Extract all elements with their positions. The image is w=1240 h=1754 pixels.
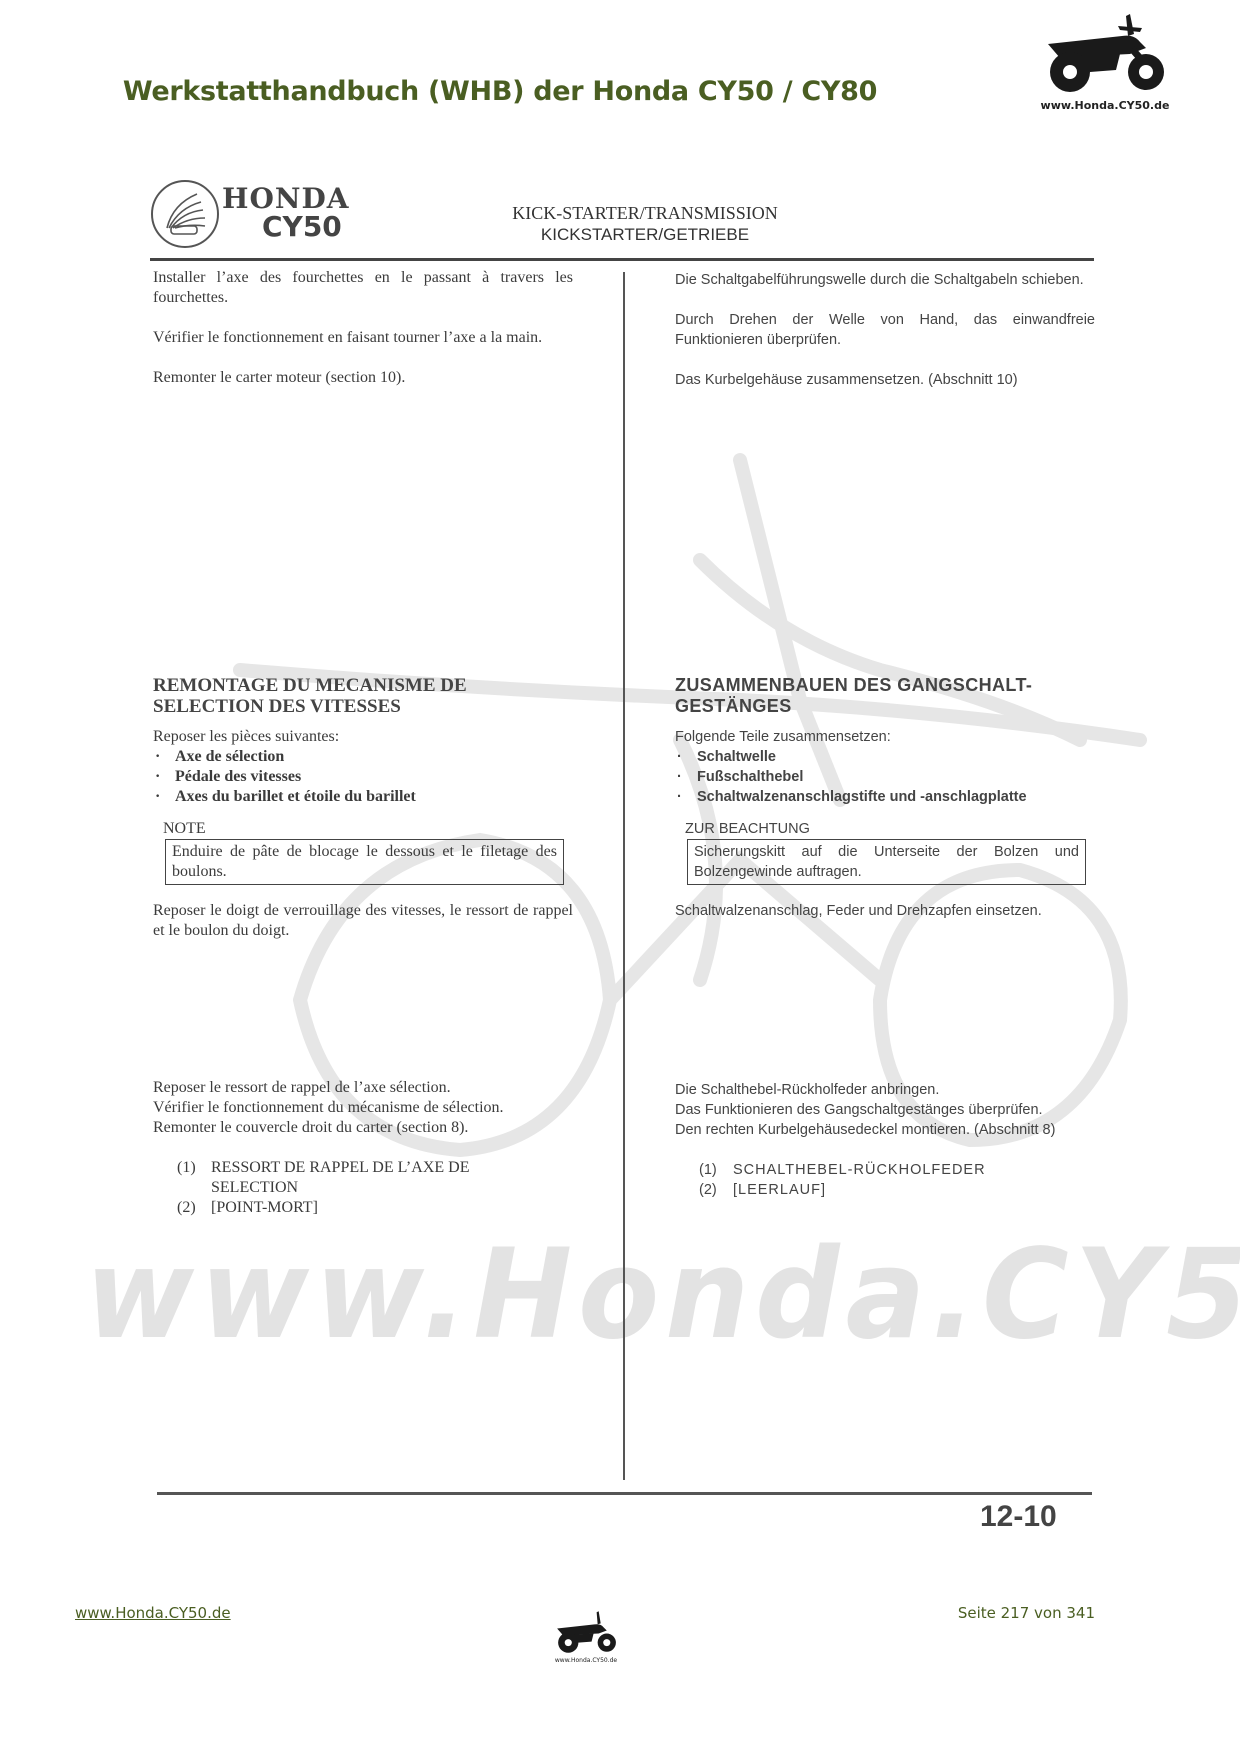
footer-website-link[interactable]: www.Honda.CY50.de [75, 1604, 231, 1622]
list-item: Axes du barillet et étoile du barillet [153, 787, 573, 807]
french-section: REMONTAGE DU MECANISME DE SELECTION DES … [153, 675, 573, 941]
paragraph: Die Schaltgabelführungswelle durch die S… [675, 270, 1095, 290]
note-text: Enduire de pâte de blocage le dessous et… [172, 842, 557, 882]
parts-list: Axe de sélection Pédale des vitesses Axe… [153, 747, 573, 807]
model-text: CY50 [262, 210, 342, 243]
page-counter: Seite 217 von 341 [935, 1604, 1095, 1622]
section-title-fr: KICK-STARTER/TRANSMISSION [460, 203, 830, 224]
legend-item: (2)[POINT-MORT] [177, 1198, 573, 1218]
callout-legend: (1)SCHALTHEBEL-RÜCKHOLFEDER (2)[LEERLAUF… [675, 1160, 1095, 1200]
paragraph: Remonter le carter moteur (section 10). [153, 368, 573, 388]
step-line: Das Funktionieren des Gangschaltgestänge… [675, 1100, 1095, 1120]
document-title: Werkstatthandbuch (WHB) der Honda CY50 /… [0, 76, 1000, 107]
section-heading: REMONTAGE DU MECANISME DE SELECTION DES … [153, 675, 493, 717]
note-box: Enduire de pâte de blocage le dessous et… [165, 839, 564, 885]
french-intro: Installer l’axe des fourchettes en le pa… [153, 268, 573, 388]
footer-logo: www.Honda.CY50.de [548, 1608, 624, 1664]
list-item: Fußschalthebel [675, 767, 1095, 787]
section-title-de: KICKSTARTER/GETRIEBE [460, 225, 830, 245]
step-line: Reposer le ressort de rappel de l’axe sé… [153, 1078, 573, 1098]
legend-item: (1)SCHALTHEBEL-RÜCKHOLFEDER [699, 1160, 1095, 1180]
parts-intro: Folgende Teile zusammensetzen: [675, 727, 1095, 747]
paragraph: Vérifier le fonctionnement en faisant to… [153, 328, 573, 348]
motorcycle-icon [548, 1608, 624, 1656]
paragraph: Reposer le doigt de verrouillage des vit… [153, 901, 573, 941]
logo-url-text: www.Honda.CY50.de [548, 1657, 624, 1664]
motorcycle-icon [1030, 6, 1180, 96]
step-line: Den rechten Kurbelgehäusedeckel montiere… [675, 1120, 1095, 1140]
german-section: ZUSAMMENBAUEN DES GANGSCHALT-GESTÄNGES F… [675, 675, 1095, 921]
site-logo[interactable]: www.Honda.CY50.de [1030, 6, 1180, 114]
german-intro: Die Schaltgabelführungswelle durch die S… [675, 270, 1095, 390]
parts-intro: Reposer les pièces suivantes: [153, 727, 573, 747]
column-divider [623, 272, 625, 1480]
french-final-steps: Reposer le ressort de rappel de l’axe sé… [153, 1078, 573, 1218]
note-text: Sicherungskitt auf die Unterseite der Bo… [694, 842, 1079, 882]
section-heading: ZUSAMMENBAUEN DES GANGSCHALT-GESTÄNGES [675, 675, 1075, 717]
list-item: Axe de sélection [153, 747, 573, 767]
header-divider [150, 258, 1094, 261]
note-label: NOTE [163, 819, 573, 839]
legend-item: (1)RESSORT DE RAPPEL DE L’AXE DE SELECTI… [177, 1158, 573, 1198]
step-line: Remonter le couvercle droit du carter (s… [153, 1118, 573, 1138]
paragraph: Das Kurbelgehäuse zusammensetzen. (Absch… [675, 370, 1095, 390]
german-final-steps: Die Schalthebel-Rückholfeder anbringen. … [675, 1080, 1095, 1200]
list-item: Pédale des vitesses [153, 767, 573, 787]
note-box: Sicherungskitt auf die Unterseite der Bo… [687, 839, 1086, 885]
step-line: Die Schalthebel-Rückholfeder anbringen. [675, 1080, 1095, 1100]
footer-divider [157, 1492, 1092, 1495]
logo-url-text: www.Honda.CY50.de [1030, 99, 1180, 112]
manual-page-number: 12-10 [980, 1500, 1057, 1534]
step-line: Vérifier le fonctionnement du mécanisme … [153, 1098, 573, 1118]
list-item: Schaltwalzenanschlagstifte und -anschlag… [675, 787, 1095, 807]
paragraph: Durch Drehen der Welle von Hand, das ein… [675, 310, 1095, 350]
paragraph: Installer l’axe des fourchettes en le pa… [153, 268, 573, 308]
legend-item: (2)[LEERLAUF] [699, 1180, 1095, 1200]
parts-list: Schaltwelle Fußschalthebel Schaltwalzena… [675, 747, 1095, 807]
paragraph: Schaltwalzenanschlag, Feder und Drehzapf… [675, 901, 1095, 921]
honda-wing-emblem-icon [151, 180, 219, 248]
callout-legend: (1)RESSORT DE RAPPEL DE L’AXE DE SELECTI… [153, 1158, 573, 1218]
list-item: Schaltwelle [675, 747, 1095, 767]
note-label: ZUR BEACHTUNG [685, 819, 1095, 839]
